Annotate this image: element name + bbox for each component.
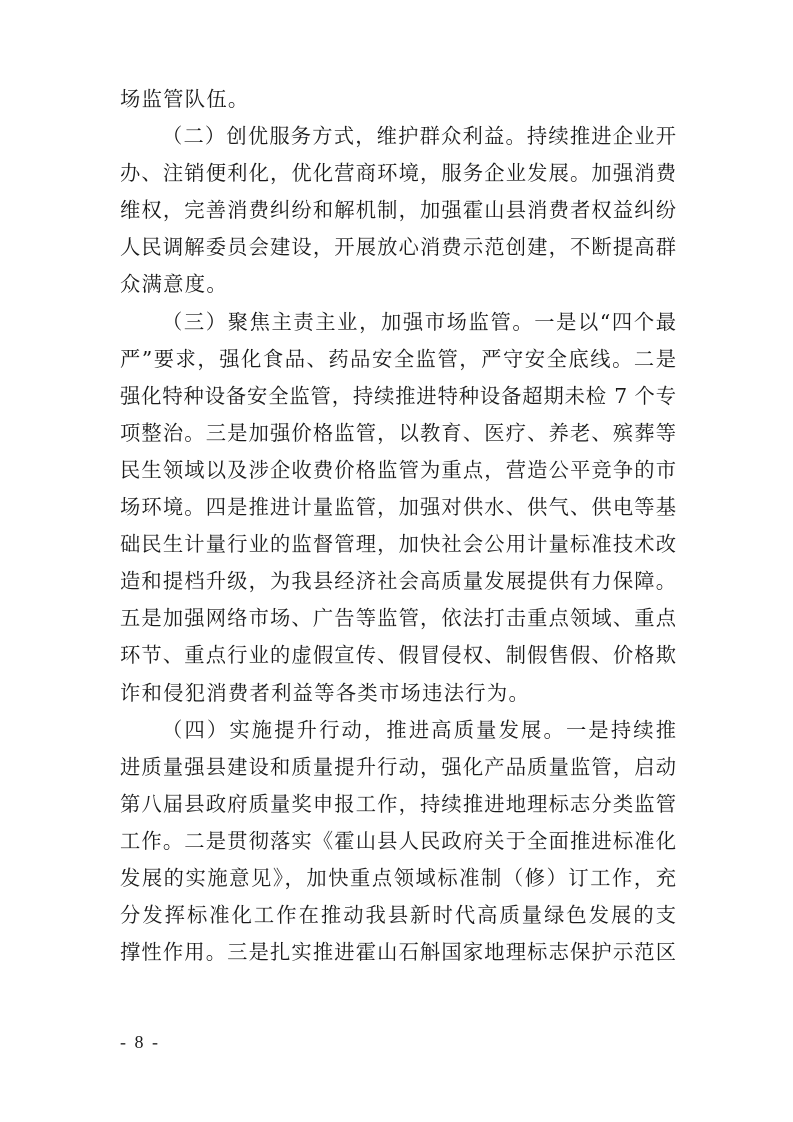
document-body: 场监管队伍。 （二）创优服务方式，维护群众利益。持续推进企业开 办、注销便利化，… <box>120 81 676 971</box>
section-heading-line-4: （四）实施提升行动，推进高质量发展。一是持续推 <box>120 712 676 749</box>
text-line: 维权，完善消费纠纷和解机制，加强霍山县消费者权益纠纷 <box>120 192 676 229</box>
text-line: 造和提档升级，为我县经济社会高质量发展提供有力保障。 <box>120 563 676 600</box>
text-line: 环节、重点行业的虚假宣传、假冒侵权、制假售假、价格欺 <box>120 637 676 674</box>
text-line: 场监管队伍。 <box>120 81 676 118</box>
text-line: 强化特种设备安全监管，持续推进特种设备超期未检 7 个专 <box>120 378 676 415</box>
text-line: 民生领域以及涉企收费价格监管为重点，营造公平竞争的市 <box>120 452 676 489</box>
text-line: 办、注销便利化，优化营商环境，服务企业发展。加强消费 <box>120 155 676 192</box>
text-line: 础民生计量行业的监督管理，加快社会公用计量标准技术改 <box>120 526 676 563</box>
text-line: 诈和侵犯消费者利益等各类市场违法行为。 <box>120 675 676 712</box>
text-line: 分发挥标准化工作在推动我县新时代高质量绿色发展的支 <box>120 897 676 934</box>
text-line: 进质量强县建设和质量提升行动，强化产品质量监管，启动 <box>120 749 676 786</box>
text-line: 项整治。三是加强价格监管，以教育、医疗、养老、殡葬等 <box>120 415 676 452</box>
text-line: 众满意度。 <box>120 266 676 303</box>
text-line: 工作。二是贯彻落实《霍山县人民政府关于全面推进标准化 <box>120 823 676 860</box>
page-number: - 8 - <box>120 1031 160 1053</box>
section-heading-line-3: （三）聚焦主责主业，加强市场监管。一是以“四个最 <box>120 304 676 341</box>
section-heading-line-2: （二）创优服务方式，维护群众利益。持续推进企业开 <box>120 118 676 155</box>
text-line: 场环境。四是推进计量监管，加强对供水、供气、供电等基 <box>120 489 676 526</box>
text-line: 人民调解委员会建设，开展放心消费示范创建，不断提高群 <box>120 229 676 266</box>
text-line: 严”要求，强化食品、药品安全监管，严守安全底线。二是 <box>120 341 676 378</box>
text-line: 五是加强网络市场、广告等监管，依法打击重点领域、重点 <box>120 600 676 637</box>
text-line: 发展的实施意见》，加快重点领域标准制（修）订工作，充 <box>120 860 676 897</box>
text-line: 撑性作用。三是扎实推进霍山石斛国家地理标志保护示范区 <box>120 934 676 971</box>
text-line: 第八届县政府质量奖申报工作，持续推进地理标志分类监管 <box>120 786 676 823</box>
